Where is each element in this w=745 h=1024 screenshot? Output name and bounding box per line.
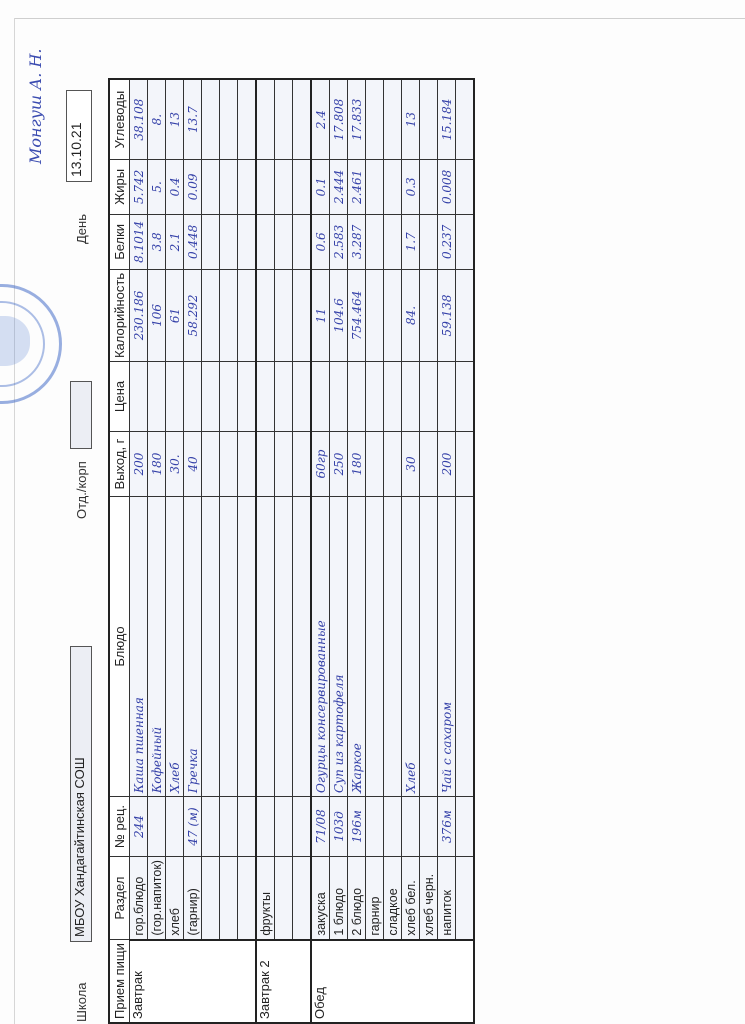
- handwritten-fat: 5.: [150, 181, 164, 192]
- table-row: (гор.напиток)Кофейный1801063.85.8.: [148, 79, 166, 1023]
- handwritten-carbs: 13: [404, 112, 418, 127]
- cell-yield: [238, 432, 257, 497]
- cell-protein: [238, 214, 257, 269]
- cell-carbs: 13.7: [184, 79, 202, 159]
- cell-section: [220, 857, 238, 940]
- cell-fat: [202, 159, 220, 214]
- cell-section: гор.блюдо: [130, 857, 148, 940]
- cell-price: [330, 362, 348, 432]
- table-row: хлебХлеб30.612.10.413: [166, 79, 184, 1023]
- handwritten-yield: 200: [132, 453, 146, 476]
- cell-kcal: [293, 269, 312, 361]
- scan-edge-top: [14, 18, 745, 19]
- handwritten-yield: 250: [332, 453, 346, 476]
- cell-protein: [275, 214, 293, 269]
- cell-price: [148, 362, 166, 432]
- cell-price: [311, 362, 330, 432]
- handwritten-fat: 0.4: [168, 177, 182, 196]
- cell-carbs: [384, 79, 402, 159]
- cell-dish: Каша пшенная: [130, 497, 148, 797]
- cell-carbs: 17.833: [348, 79, 366, 159]
- handwritten-carbs: 2.4: [314, 110, 328, 129]
- cell-section: [275, 857, 293, 940]
- col-header: Прием пищи: [109, 940, 130, 1023]
- cell-recipe: [456, 797, 475, 857]
- cell-price: [166, 362, 184, 432]
- cell-yield: [456, 432, 475, 497]
- cell-kcal: 11: [311, 269, 330, 361]
- col-header: Калорийность: [109, 269, 130, 361]
- handwritten-protein: 1.7: [404, 232, 418, 251]
- handwritten-protein: 0.448: [186, 225, 200, 259]
- cell-fat: 2.444: [330, 159, 348, 214]
- cell-protein: 8.1014: [130, 214, 148, 269]
- handwritten-carbs: 13.7: [186, 106, 200, 133]
- handwritten-fat: 0.008: [440, 170, 454, 204]
- cell-yield: [220, 432, 238, 497]
- handwritten-kcal: 59.138: [440, 294, 454, 336]
- handwritten-kcal: 61: [168, 308, 182, 323]
- cell-yield: 200: [438, 432, 456, 497]
- cell-recipe: [293, 797, 312, 857]
- cell-fat: [293, 159, 312, 214]
- cell-price: [438, 362, 456, 432]
- cell-recipe: [420, 797, 438, 857]
- cell-dish: [293, 497, 312, 797]
- handwritten-yield: 60гр: [314, 450, 328, 479]
- table-row: 1 блюдо103дСуп из картофеля250104.62.583…: [330, 79, 348, 1023]
- cell-fat: [256, 159, 275, 214]
- school-stamp: [0, 284, 62, 404]
- cell-carbs: 2.4: [311, 79, 330, 159]
- cell-dish: [275, 497, 293, 797]
- cell-section: (гарнир): [184, 857, 202, 940]
- handwritten-dish: Хлеб: [168, 762, 182, 793]
- cell-fat: [456, 159, 475, 214]
- handwritten-fat: 0.3: [404, 177, 418, 196]
- handwritten-kcal: 230.186: [132, 291, 146, 341]
- cell-dish: [256, 497, 275, 797]
- director-signature: Монгуш А. Н.: [26, 49, 45, 165]
- cell-price: [220, 362, 238, 432]
- cell-section: хлеб черн.: [420, 857, 438, 940]
- cell-kcal: [384, 269, 402, 361]
- col-header: Блюдо: [109, 497, 130, 797]
- cell-recipe: [402, 797, 420, 857]
- handwritten-fat: 0.1: [314, 177, 328, 196]
- cell-carbs: [366, 79, 384, 159]
- cell-recipe: [384, 797, 402, 857]
- menu-form: Школа МБОУ Хандагайтинская СОШ Отд./корп…: [60, 24, 480, 1024]
- cell-carbs: [202, 79, 220, 159]
- cell-dish: Жаркое: [348, 497, 366, 797]
- table-row: (гарнир)47 (м)Гречка4058.2920.4480.0913.…: [184, 79, 202, 1023]
- cell-protein: 0.448: [184, 214, 202, 269]
- cell-section: закуска: [311, 857, 330, 940]
- cell-kcal: 104.6: [330, 269, 348, 361]
- cell-price: [384, 362, 402, 432]
- table-row: гарнир: [366, 79, 384, 1023]
- cell-section: гарнир: [366, 857, 384, 940]
- handwritten-yield: 40: [186, 456, 200, 471]
- cell-protein: [220, 214, 238, 269]
- cell-recipe: [202, 797, 220, 857]
- cell-yield: 30.: [166, 432, 184, 497]
- cell-carbs: 15.184: [438, 79, 456, 159]
- cell-kcal: [420, 269, 438, 361]
- cell-dish: [456, 497, 475, 797]
- cell-fat: [275, 159, 293, 214]
- handwritten-protein: 8.1014: [132, 221, 146, 263]
- table-row: Обедзакуска71/08Огурцы консервированные6…: [311, 79, 330, 1023]
- handwritten-recipe: 244: [132, 815, 146, 838]
- cell-carbs: [456, 79, 475, 159]
- cell-section: напиток: [438, 857, 456, 940]
- day-value: 13.10.21: [68, 123, 84, 178]
- cell-dish: [202, 497, 220, 797]
- handwritten-recipe: 196м: [350, 810, 364, 843]
- cell-dish: [220, 497, 238, 797]
- cell-kcal: 106: [148, 269, 166, 361]
- handwritten-kcal: 84.: [404, 306, 418, 325]
- cell-fat: 0.09: [184, 159, 202, 214]
- cell-price: [420, 362, 438, 432]
- handwritten-carbs: 38.108: [132, 99, 146, 141]
- handwritten-dish: Суп из картофеля: [332, 675, 346, 793]
- meal-name: Завтрак 2: [256, 940, 311, 1023]
- cell-section: хлеб бел.: [402, 857, 420, 940]
- cell-dish: Хлеб: [166, 497, 184, 797]
- handwritten-kcal: 104.6: [332, 298, 346, 332]
- menu-table: Прием пищи Раздел № рец. Блюдо Выход, г …: [108, 78, 475, 1024]
- dept-field: [70, 381, 92, 449]
- cell-yield: [384, 432, 402, 497]
- school-label: Школа: [74, 982, 89, 1022]
- cell-recipe: [256, 797, 275, 857]
- cell-fat: [366, 159, 384, 214]
- cell-fat: 0.3: [402, 159, 420, 214]
- handwritten-kcal: 754.464: [350, 291, 364, 341]
- cell-section: [293, 857, 312, 940]
- table-row: сладкое: [384, 79, 402, 1023]
- handwritten-recipe: 376м: [440, 810, 454, 843]
- cell-dish: Суп из картофеля: [330, 497, 348, 797]
- cell-dish: [420, 497, 438, 797]
- cell-dish: Хлеб: [402, 497, 420, 797]
- cell-yield: 180: [348, 432, 366, 497]
- cell-carbs: [293, 79, 312, 159]
- scanned-page: Школа МБОУ Хандагайтинская СОШ Отд./корп…: [0, 0, 745, 1024]
- cell-price: [348, 362, 366, 432]
- cell-kcal: [256, 269, 275, 361]
- col-header: Углеводы: [109, 79, 130, 159]
- cell-carbs: 38.108: [130, 79, 148, 159]
- cell-carbs: 8.: [148, 79, 166, 159]
- col-header: Белки: [109, 214, 130, 269]
- cell-recipe: [366, 797, 384, 857]
- cell-price: [293, 362, 312, 432]
- cell-recipe: [275, 797, 293, 857]
- cell-dish: Кофейный: [148, 497, 166, 797]
- cell-price: [456, 362, 475, 432]
- handwritten-dish: Жаркое: [350, 743, 364, 793]
- table-row: 2 блюдо196мЖаркое180754.4643.2872.46117.…: [348, 79, 366, 1023]
- cell-price: [202, 362, 220, 432]
- cell-section: хлеб: [166, 857, 184, 940]
- cell-protein: 3.287: [348, 214, 366, 269]
- cell-protein: 2.1: [166, 214, 184, 269]
- cell-kcal: 754.464: [348, 269, 366, 361]
- eagle-emblem-icon: [0, 316, 30, 366]
- handwritten-yield: 30: [404, 456, 418, 471]
- cell-recipe: 196м: [348, 797, 366, 857]
- handwritten-yield: 180: [350, 453, 364, 476]
- cell-section: [202, 857, 220, 940]
- cell-recipe: [166, 797, 184, 857]
- cell-kcal: 84.: [402, 269, 420, 361]
- cell-dish: [366, 497, 384, 797]
- cell-price: [275, 362, 293, 432]
- handwritten-kcal: 106: [150, 304, 164, 327]
- handwritten-carbs: 15.184: [440, 99, 454, 141]
- cell-price: [256, 362, 275, 432]
- dept-label: Отд./корп: [74, 461, 89, 519]
- cell-kcal: 61: [166, 269, 184, 361]
- cell-recipe: 376м: [438, 797, 456, 857]
- cell-carbs: [220, 79, 238, 159]
- cell-kcal: 230.186: [130, 269, 148, 361]
- cell-section: (гор.напиток): [148, 857, 166, 940]
- cell-kcal: 58.292: [184, 269, 202, 361]
- cell-dish: [238, 497, 257, 797]
- handwritten-dish: Кофейный: [150, 727, 164, 793]
- cell-recipe: [148, 797, 166, 857]
- table-row: хлеб бел.Хлеб3084.1.70.313: [402, 79, 420, 1023]
- table-row: Завтрак 2фрукты: [256, 79, 275, 1023]
- cell-fat: 0.008: [438, 159, 456, 214]
- meal-name: Завтрак: [130, 940, 257, 1023]
- cell-yield: 250: [330, 432, 348, 497]
- table-row: [275, 79, 293, 1023]
- cell-recipe: 71/08: [311, 797, 330, 857]
- cell-yield: 180: [148, 432, 166, 497]
- cell-dish: Гречка: [184, 497, 202, 797]
- handwritten-kcal: 58.292: [186, 294, 200, 336]
- cell-recipe: 103д: [330, 797, 348, 857]
- cell-fat: 5.: [148, 159, 166, 214]
- cell-yield: 60гр: [311, 432, 330, 497]
- cell-dish: Чай с сахаром: [438, 497, 456, 797]
- cell-yield: [420, 432, 438, 497]
- col-header: Цена: [109, 362, 130, 432]
- handwritten-protein: 3.287: [350, 225, 364, 259]
- cell-carbs: 13: [402, 79, 420, 159]
- cell-carbs: [238, 79, 257, 159]
- handwritten-protein: 2.1: [168, 232, 182, 251]
- table-row: [456, 79, 475, 1023]
- meal-name: Обед: [311, 940, 474, 1023]
- cell-fat: [420, 159, 438, 214]
- handwritten-yield: 180: [150, 453, 164, 476]
- handwritten-fat: 2.444: [332, 170, 346, 204]
- table-row: [293, 79, 312, 1023]
- cell-section: 1 блюдо: [330, 857, 348, 940]
- cell-protein: [256, 214, 275, 269]
- cell-dish: Огурцы консервированные: [311, 497, 330, 797]
- day-field: 13.10.21: [66, 90, 92, 182]
- cell-carbs: [420, 79, 438, 159]
- cell-dish: [384, 497, 402, 797]
- cell-section: фрукты: [256, 857, 275, 940]
- cell-price: [402, 362, 420, 432]
- handwritten-fat: 2.461: [350, 170, 364, 204]
- cell-yield: 200: [130, 432, 148, 497]
- cell-protein: [384, 214, 402, 269]
- table-row: [202, 79, 220, 1023]
- cell-price: [184, 362, 202, 432]
- handwritten-dish: Каша пшенная: [132, 697, 146, 793]
- cell-protein: [293, 214, 312, 269]
- handwritten-recipe: 47 (м): [186, 807, 200, 845]
- cell-protein: [366, 214, 384, 269]
- cell-protein: 3.8: [148, 214, 166, 269]
- cell-fat: 5.742: [130, 159, 148, 214]
- cell-fat: [384, 159, 402, 214]
- cell-yield: [293, 432, 312, 497]
- cell-kcal: [220, 269, 238, 361]
- scan-edge-left: [14, 18, 15, 1024]
- cell-protein: [420, 214, 438, 269]
- table-row: хлеб черн.: [420, 79, 438, 1023]
- cell-kcal: [366, 269, 384, 361]
- cell-recipe: 244: [130, 797, 148, 857]
- table-header-row: Прием пищи Раздел № рец. Блюдо Выход, г …: [109, 79, 130, 1023]
- cell-price: [238, 362, 257, 432]
- handwritten-dish: Огурцы консервированные: [314, 620, 328, 793]
- col-header: № рец.: [109, 797, 130, 857]
- cell-fat: [238, 159, 257, 214]
- cell-recipe: [220, 797, 238, 857]
- table-row: [220, 79, 238, 1023]
- day-label: День: [74, 214, 89, 244]
- handwritten-dish: Хлеб: [404, 762, 418, 793]
- cell-price: [366, 362, 384, 432]
- col-header: Раздел: [109, 857, 130, 940]
- cell-protein: 0.237: [438, 214, 456, 269]
- cell-carbs: [256, 79, 275, 159]
- handwritten-dish: Чай с сахаром: [440, 702, 454, 793]
- handwritten-recipe: 71/08: [314, 809, 328, 844]
- cell-protein: [202, 214, 220, 269]
- cell-protein: 0.6: [311, 214, 330, 269]
- cell-recipe: 47 (м): [184, 797, 202, 857]
- cell-recipe: [238, 797, 257, 857]
- cell-fat: 2.461: [348, 159, 366, 214]
- col-header: Жиры: [109, 159, 130, 214]
- handwritten-protein: 0.237: [440, 225, 454, 259]
- cell-section: [238, 857, 257, 940]
- cell-yield: [256, 432, 275, 497]
- cell-yield: 40: [184, 432, 202, 497]
- cell-carbs: 17.808: [330, 79, 348, 159]
- cell-price: [130, 362, 148, 432]
- cell-yield: [275, 432, 293, 497]
- handwritten-yield: 200: [440, 453, 454, 476]
- handwritten-yield: 30.: [168, 454, 182, 473]
- cell-section: [456, 857, 475, 940]
- handwritten-protein: 3.8: [150, 232, 164, 251]
- cell-fat: 0.4: [166, 159, 184, 214]
- school-field: МБОУ Хандагайтинская СОШ: [70, 646, 92, 942]
- cell-section: сладкое: [384, 857, 402, 940]
- handwritten-protein: 0.6: [314, 232, 328, 251]
- handwritten-carbs: 17.808: [332, 99, 346, 141]
- cell-carbs: 13: [166, 79, 184, 159]
- handwritten-carbs: 8.: [150, 114, 164, 125]
- cell-yield: [202, 432, 220, 497]
- cell-yield: 30: [402, 432, 420, 497]
- table-row: Завтракгор.блюдо244Каша пшенная200230.18…: [130, 79, 148, 1023]
- cell-kcal: [202, 269, 220, 361]
- cell-kcal: [275, 269, 293, 361]
- table-row: напиток376мЧай с сахаром20059.1380.2370.…: [438, 79, 456, 1023]
- cell-fat: 0.1: [311, 159, 330, 214]
- cell-carbs: [275, 79, 293, 159]
- handwritten-protein: 2.583: [332, 225, 346, 259]
- table-row: [238, 79, 257, 1023]
- cell-yield: [366, 432, 384, 497]
- cell-protein: 1.7: [402, 214, 420, 269]
- cell-kcal: [238, 269, 257, 361]
- cell-kcal: 59.138: [438, 269, 456, 361]
- handwritten-carbs: 13: [168, 112, 182, 127]
- handwritten-fat: 0.09: [186, 174, 200, 201]
- cell-section: 2 блюдо: [348, 857, 366, 940]
- cell-protein: 2.583: [330, 214, 348, 269]
- handwritten-dish: Гречка: [186, 749, 200, 794]
- handwritten-carbs: 17.833: [350, 99, 364, 141]
- handwritten-recipe: 103д: [332, 811, 346, 842]
- cell-protein: [456, 214, 475, 269]
- handwritten-kcal: 11: [314, 308, 328, 323]
- cell-kcal: [456, 269, 475, 361]
- handwritten-fat: 5.742: [132, 170, 146, 204]
- cell-fat: [220, 159, 238, 214]
- col-header: Выход, г: [109, 432, 130, 497]
